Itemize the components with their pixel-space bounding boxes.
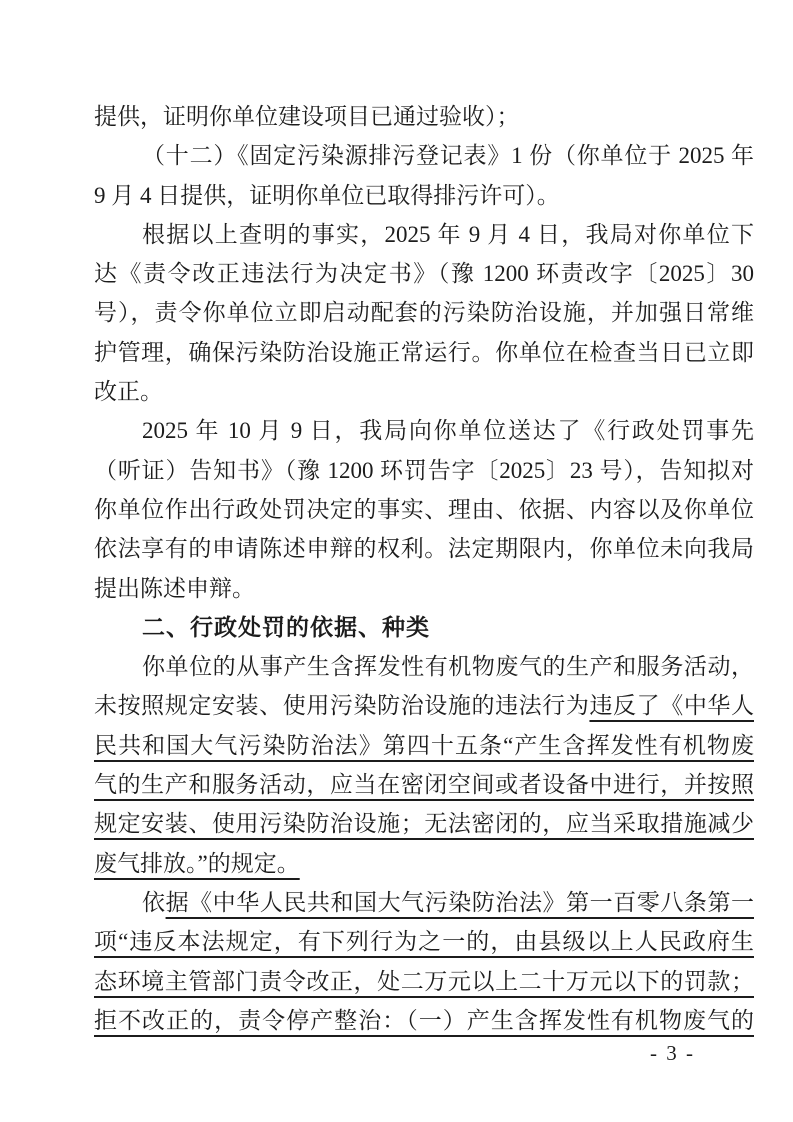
underlined-segment: 项“违反本法规定，有下列行为之一的，由县级以上人民政府生 (94, 929, 754, 954)
underlined-segment: 气的生产和服务活动，应当在密闭空间或者设备中进行，并按照 (94, 772, 754, 797)
text-line: 未按照规定安装、使用污染防治设施的违法行为违反了《中华人 (94, 686, 754, 725)
text-segment: 依法享有的申请陈述申辩的权利。法定期限内，你单位未向我局 (94, 536, 754, 561)
text-line: 你单位作出行政处罚决定的事实、理由、依据、内容以及你单位 (94, 490, 754, 529)
text-segment: 达《责令改正违法行为决定书》（豫 1200 环责改字〔2025〕30 (94, 261, 754, 286)
underlined-segment: 民共和国大气污染防治法》第四十五条“产生含挥发性有机物废 (94, 733, 754, 758)
text-segment: 号），责令你单位立即启动配套的污染防治设施，并加强日常维 (94, 300, 754, 325)
text-line: 拒不改正的，责令停产整治：（一）产生含挥发性有机物废气的 (94, 1001, 754, 1040)
text-line: 废气排放。”的规定。 (94, 844, 754, 883)
text-line: 提供，证明你单位建设项目已通过验收）； (94, 97, 754, 136)
text-line: 9 月 4 日提供，证明你单位已取得排污许可）。 (94, 176, 754, 215)
text-line: 依法享有的申请陈述申辩的权利。法定期限内，你单位未向我局 (94, 529, 754, 568)
text-line: 气的生产和服务活动，应当在密闭空间或者设备中进行，并按照 (94, 765, 754, 804)
text-line: 你单位的从事产生含挥发性有机物废气的生产和服务活动， (94, 647, 754, 686)
text-segment: 根据以上查明的事实，2025 年 9 月 4 日，我局对你单位下 (142, 222, 754, 247)
text-line: 根据以上查明的事实，2025 年 9 月 4 日，我局对你单位下 (94, 215, 754, 254)
text-line: 项“违反本法规定，有下列行为之一的，由县级以上人民政府生 (94, 922, 754, 961)
text-line: 2025 年 10 月 9 日，我局向你单位送达了《行政处罚事先 (94, 411, 754, 450)
text-line: 改正。 (94, 372, 754, 411)
underlined-segment: 废气排放。”的规定。 (94, 851, 300, 876)
text-segment: （十二）《固定污染源排污登记表》1 份（你单位于 2025 年 (142, 143, 754, 168)
text-line: 号），责令你单位立即启动配套的污染防治设施，并加强日常维 (94, 293, 754, 332)
underlined-segment: 违反了《中华人 (589, 693, 754, 718)
text-line: 态环境主管部门责令改正，处二万元以上二十万元以下的罚款； (94, 962, 754, 1001)
text-block: 提供，证明你单位建设项目已通过验收）；（十二）《固定污染源排污登记表》1 份（你… (94, 97, 754, 1040)
text-line: 依据《中华人民共和国大气污染防治法》第一百零八条第一 (94, 883, 754, 922)
text-segment: 提出陈述申辩。 (94, 576, 255, 601)
text-segment: 依 (142, 890, 166, 915)
text-segment: 护管理，确保污染防治设施正常运行。你单位在检查当日已立即 (94, 340, 754, 365)
text-segment: （听证）告知书》（豫 1200 环罚告字〔2025〕23 号），告知拟对 (94, 458, 754, 483)
underlined-segment: 态环境主管部门责令改正，处二万元以上二十万元以下的罚款； (94, 969, 754, 994)
underlined-segment: 拒不改正的，责令停产整治：（一）产生含挥发性有机物废气的 (94, 1008, 754, 1033)
text-segment: 未按照规定安装、使用污染防治设施的违法行为 (94, 693, 589, 718)
underlined-segment: 据《中华人民共和国大气污染防治法》第一百零八条第一 (166, 890, 754, 915)
text-segment: 提供，证明你单位建设项目已通过验收）； (94, 104, 520, 129)
underlined-segment: 规定安装、使用污染防治设施；无法密闭的，应当采取措施减少 (94, 811, 754, 836)
text-segment: 9 月 4 日提供，证明你单位已取得排污许可）。 (94, 183, 560, 208)
text-line: 民共和国大气污染防治法》第四十五条“产生含挥发性有机物废 (94, 726, 754, 765)
document-page: 提供，证明你单位建设项目已通过验收）；（十二）《固定污染源排污登记表》1 份（你… (0, 0, 793, 1122)
text-segment: 你单位的从事产生含挥发性有机物废气的生产和服务活动， (142, 654, 754, 679)
text-segment: 2025 年 10 月 9 日，我局向你单位送达了《行政处罚事先 (142, 418, 754, 443)
text-line: 提出陈述申辩。 (94, 569, 754, 608)
text-segment: 二、行政处罚的依据、种类 (142, 614, 430, 640)
text-segment: 你单位作出行政处罚决定的事实、理由、依据、内容以及你单位 (94, 497, 754, 522)
text-line: （十二）《固定污染源排污登记表》1 份（你单位于 2025 年 (94, 136, 754, 175)
text-line: 达《责令改正违法行为决定书》（豫 1200 环责改字〔2025〕30 (94, 254, 754, 293)
text-line: 护管理，确保污染防治设施正常运行。你单位在检查当日已立即 (94, 333, 754, 372)
section-heading: 二、行政处罚的依据、种类 (94, 608, 754, 647)
text-line: （听证）告知书》（豫 1200 环罚告字〔2025〕23 号），告知拟对 (94, 451, 754, 490)
text-line: 规定安装、使用污染防治设施；无法密闭的，应当采取措施减少 (94, 804, 754, 843)
page-number: - 3 - (650, 1041, 695, 1065)
text-segment: 改正。 (94, 379, 163, 404)
